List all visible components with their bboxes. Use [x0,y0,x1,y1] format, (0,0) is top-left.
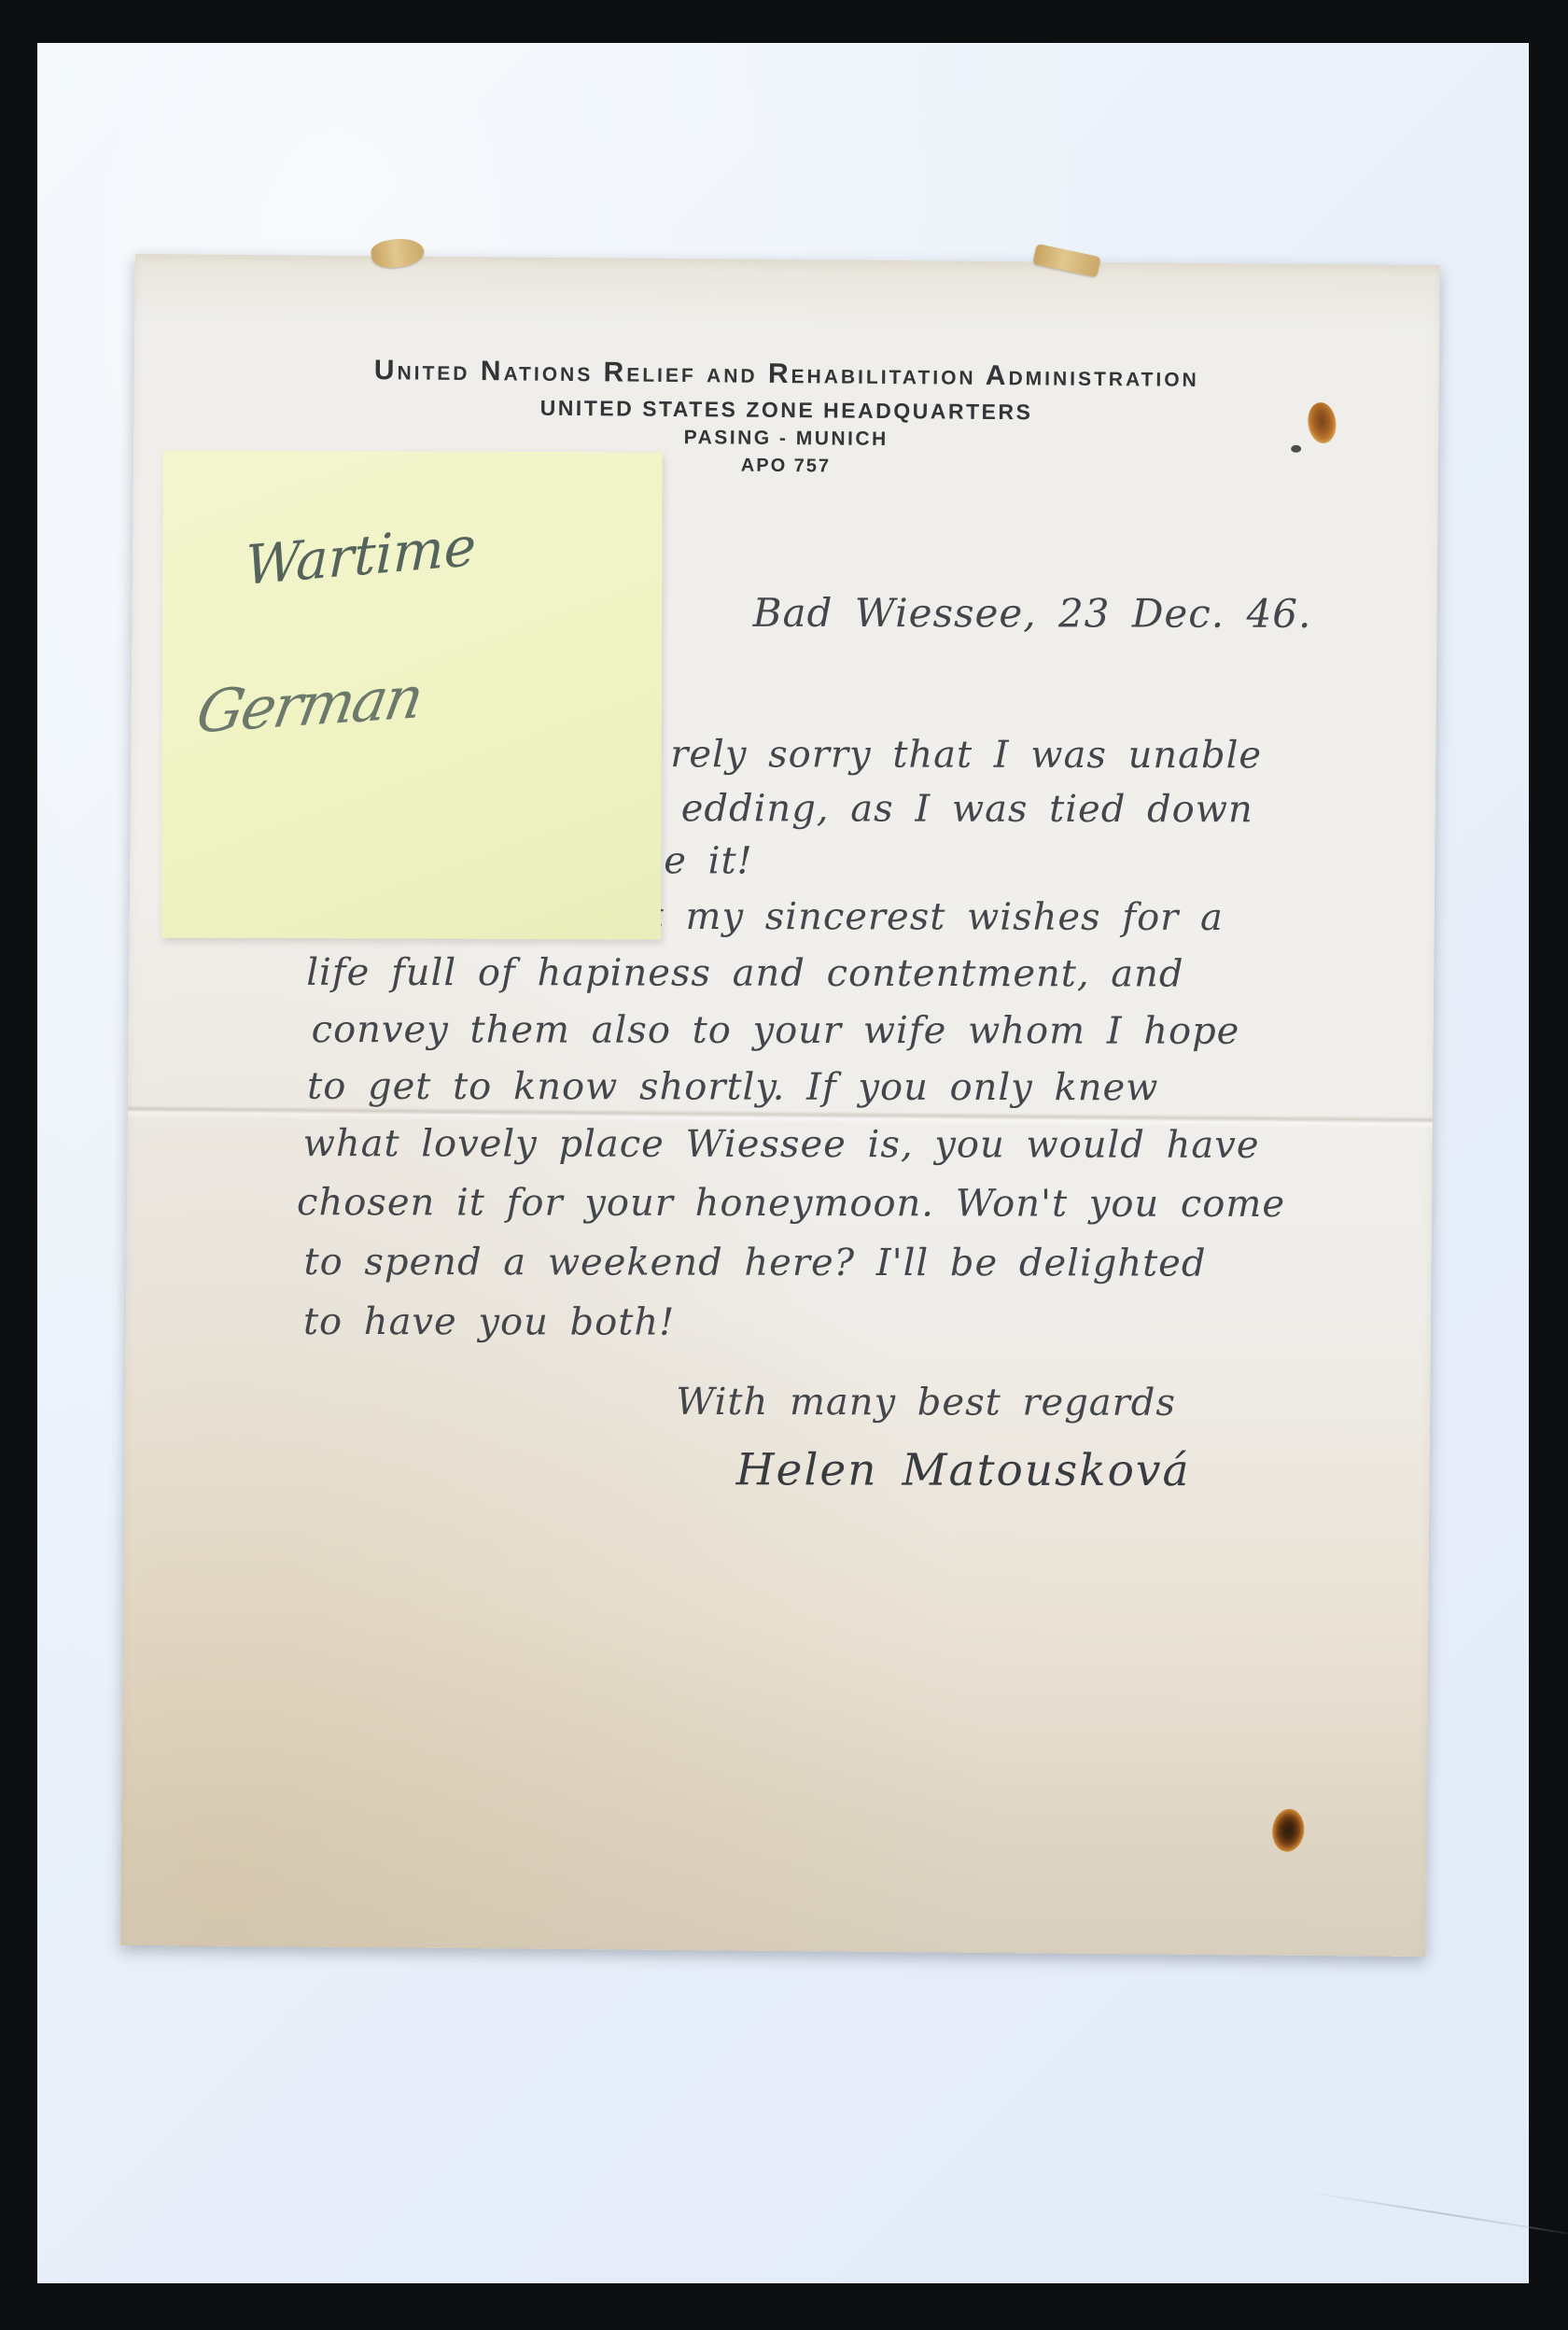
handwriting-line: to get to know shortly. If you only knew [307,1065,1158,1110]
ink-speck [1291,445,1301,453]
sticky-note-annotation: Wartime [245,514,477,597]
handwriting-line: t my sincerest wishes for a [649,895,1224,939]
scanned-letter-photo: United Nations Relief and Rehabilitation… [0,0,1568,2330]
sticky-note-annotation: German [191,663,427,747]
letter-paper: United Nations Relief and Rehabilitation… [120,254,1440,1957]
handwriting-line: chosen it for your honeymoon. Won't you … [297,1181,1285,1226]
handwriting-line: convey them also to your wife whom I hop… [312,1008,1240,1053]
backing-scratch-mark [1309,2192,1568,2238]
handwritten-signature: Helen Matousková [736,1444,1191,1496]
burn-stain [1270,1807,1307,1854]
handwriting-line: to spend a weekend here? I'll be delight… [303,1241,1206,1285]
handwriting-line: rely sorry that I was unable [670,733,1262,777]
handwriting-line: what lovely place Wiessee is, you would … [303,1122,1260,1167]
handwriting-line: e it! [664,839,752,882]
handwriting-line: to have you both! [303,1300,675,1344]
handwriting-line: edding, as I was tied down [681,787,1253,831]
handwritten-closing: With many best regards [676,1381,1176,1425]
handwriting-line: life full of hapiness and contentment, a… [306,951,1183,996]
sticky-note: Wartime German [161,451,663,940]
handwritten-dateline: Bad Wiessee, 23 Dec. 46. [753,590,1312,637]
letterhead-org-name: United Nations Relief and Rehabilitation… [134,353,1439,396]
